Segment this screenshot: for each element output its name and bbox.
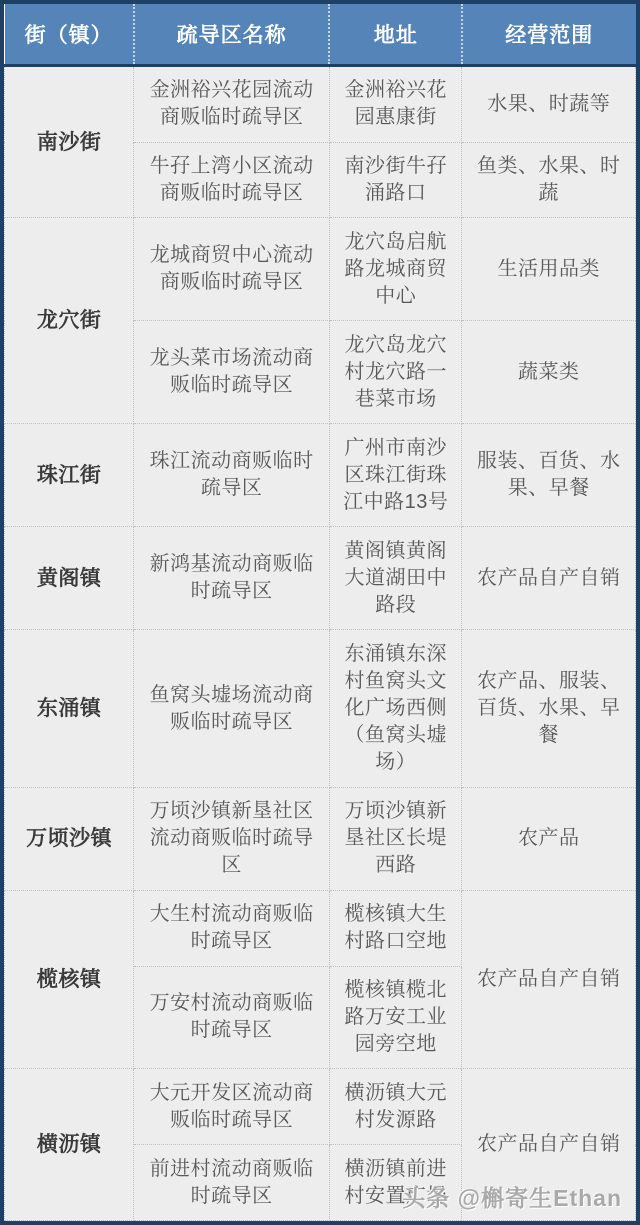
- scope-cell: 生活用品类: [462, 218, 636, 321]
- col-header-town: 街（镇）: [5, 4, 134, 66]
- area-name-cell: 鱼窝头墟场流动商贩临时疏导区: [134, 630, 330, 788]
- area-name-cell: 金洲裕兴花园流动商贩临时疏导区: [134, 66, 330, 143]
- table-row: 南沙街金洲裕兴花园流动商贩临时疏导区金洲裕兴花园惠康街水果、时蔬等: [5, 66, 636, 143]
- table-header: 街（镇） 疏导区名称 地址 经营范围: [5, 4, 636, 66]
- address-cell: 东涌镇东深村鱼窝头文化广场西侧（鱼窝头墟场）: [329, 630, 462, 788]
- area-name-cell: 大生村流动商贩临时疏导区: [134, 890, 330, 966]
- scope-cell: 水果、时蔬等: [462, 66, 636, 143]
- town-cell: 榄核镇: [5, 890, 134, 1069]
- address-cell: 榄核镇榄北路万安工业园旁空地: [329, 966, 462, 1069]
- area-name-cell: 珠江流动商贩临时疏导区: [134, 424, 330, 527]
- address-cell: 龙穴岛龙穴村龙穴路一巷菜市场: [329, 321, 462, 424]
- table-row: 万顷沙镇万顷沙镇新垦社区流动商贩临时疏导区万顷沙镇新垦社区长堤西路农产品: [5, 787, 636, 890]
- scope-cell: 农产品自产自销: [462, 527, 636, 630]
- table-row: 黄阁镇新鸿基流动商贩临时疏导区黄阁镇黄阁大道湖田中路段农产品自产自销: [5, 527, 636, 630]
- area-name-cell: 龙头菜市场流动商贩临时疏导区: [134, 321, 330, 424]
- area-name-cell: 牛孖上湾小区流动商贩临时疏导区: [134, 142, 330, 218]
- area-name-cell: 大元开发区流动商贩临时疏导区: [134, 1069, 330, 1145]
- address-cell: 横沥镇前进村安置广场: [329, 1145, 462, 1221]
- table-row: 榄核镇大生村流动商贩临时疏导区榄核镇大生村路口空地农产品自产自销: [5, 890, 636, 966]
- address-cell: 南沙街牛孖涌路口: [329, 142, 462, 218]
- address-cell: 广州市南沙区珠江街珠江中路13号: [329, 424, 462, 527]
- address-cell: 榄核镇大生村路口空地: [329, 890, 462, 966]
- area-name-cell: 万顷沙镇新垦社区流动商贩临时疏导区: [134, 787, 330, 890]
- town-cell: 万顷沙镇: [5, 787, 134, 890]
- town-cell: 龙穴街: [5, 218, 134, 424]
- table-row: 珠江街珠江流动商贩临时疏导区广州市南沙区珠江街珠江中路13号服装、百货、水果、早…: [5, 424, 636, 527]
- scope-cell: 农产品自产自销: [462, 1069, 636, 1221]
- col-header-name: 疏导区名称: [134, 4, 330, 66]
- scope-cell: 农产品: [462, 787, 636, 890]
- table-row: 横沥镇大元开发区流动商贩临时疏导区横沥镇大元村发源路农产品自产自销: [5, 1069, 636, 1145]
- table-row: 龙穴街龙城商贸中心流动商贩临时疏导区龙穴岛启航路龙城商贸中心生活用品类: [5, 218, 636, 321]
- address-cell: 万顷沙镇新垦社区长堤西路: [329, 787, 462, 890]
- scope-cell: 服装、百货、水果、早餐: [462, 424, 636, 527]
- table-body: 南沙街金洲裕兴花园流动商贩临时疏导区金洲裕兴花园惠康街水果、时蔬等牛孖上湾小区流…: [5, 66, 636, 1221]
- address-cell: 龙穴岛启航路龙城商贸中心: [329, 218, 462, 321]
- address-cell: 金洲裕兴花园惠康街: [329, 66, 462, 143]
- town-cell: 黄阁镇: [5, 527, 134, 630]
- scope-cell: 农产品、服装、百货、水果、早餐: [462, 630, 636, 788]
- town-cell: 南沙街: [5, 66, 134, 218]
- col-header-scope: 经营范围: [462, 4, 636, 66]
- town-cell: 珠江街: [5, 424, 134, 527]
- scope-cell: 鱼类、水果、时蔬: [462, 142, 636, 218]
- town-cell: 横沥镇: [5, 1069, 134, 1221]
- town-cell: 东涌镇: [5, 630, 134, 788]
- data-table: 街（镇） 疏导区名称 地址 经营范围 南沙街金洲裕兴花园流动商贩临时疏导区金洲裕…: [4, 4, 636, 1221]
- area-name-cell: 万安村流动商贩临时疏导区: [134, 966, 330, 1069]
- col-header-address: 地址: [329, 4, 462, 66]
- address-cell: 横沥镇大元村发源路: [329, 1069, 462, 1145]
- area-name-cell: 龙城商贸中心流动商贩临时疏导区: [134, 218, 330, 321]
- table-row: 东涌镇鱼窝头墟场流动商贩临时疏导区东涌镇东深村鱼窝头文化广场西侧（鱼窝头墟场）农…: [5, 630, 636, 788]
- address-cell: 黄阁镇黄阁大道湖田中路段: [329, 527, 462, 630]
- header-row: 街（镇） 疏导区名称 地址 经营范围: [5, 4, 636, 66]
- guidance-zone-table: 街（镇） 疏导区名称 地址 经营范围 南沙街金洲裕兴花园流动商贩临时疏导区金洲裕…: [0, 0, 640, 1225]
- area-name-cell: 新鸿基流动商贩临时疏导区: [134, 527, 330, 630]
- area-name-cell: 前进村流动商贩临时疏导区: [134, 1145, 330, 1221]
- scope-cell: 农产品自产自销: [462, 890, 636, 1069]
- scope-cell: 蔬菜类: [462, 321, 636, 424]
